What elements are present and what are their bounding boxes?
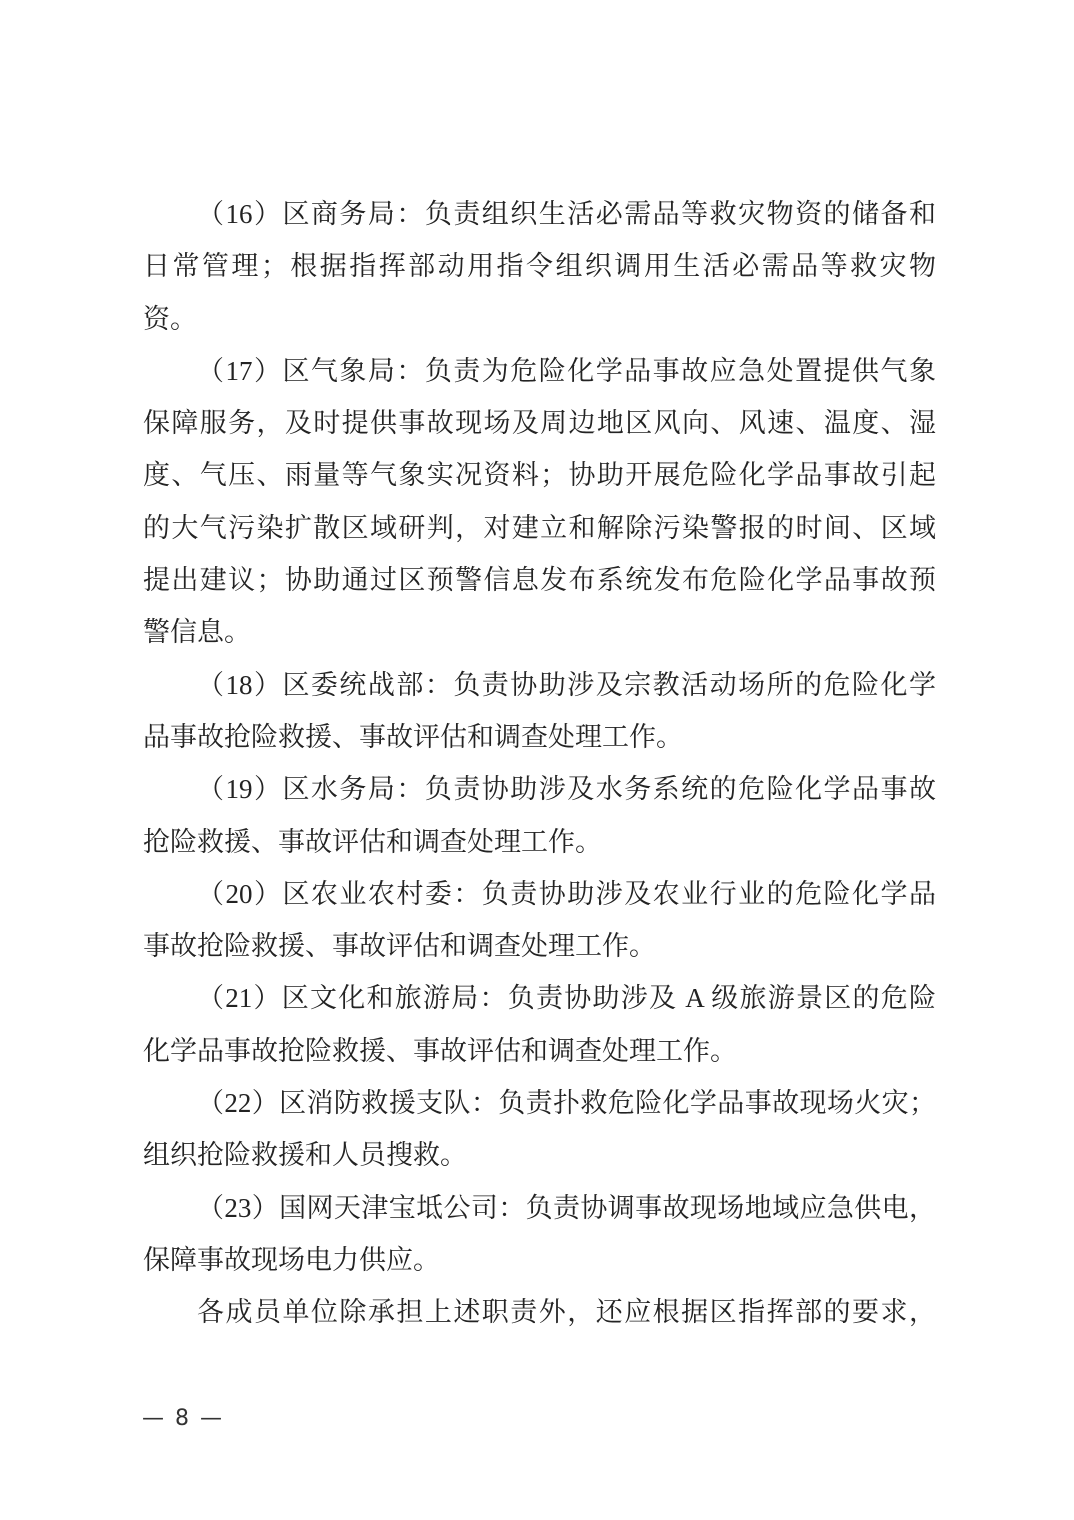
text-line: （16）区商务局：负责组织生活必需品等救灾物资的储备和 — [143, 188, 936, 240]
text-line: （22）区消防救援支队：负责扑救危险化学品事故现场火灾； — [143, 1077, 936, 1129]
text-line: 保障服务，及时提供事故现场及周边地区风向、风速、温度、湿 — [143, 397, 936, 449]
text-line: 的大气污染扩散区域研判，对建立和解除污染警报的时间、区域 — [143, 502, 936, 554]
text-line: 保障事故现场电力供应。 — [143, 1234, 936, 1286]
text-line: 度、气压、雨量等气象实况资料；协助开展危险化学品事故引起 — [143, 449, 936, 501]
text-line: 品事故抢险救援、事故评估和调查处理工作。 — [143, 711, 936, 763]
text-line: 抢险救援、事故评估和调查处理工作。 — [143, 816, 936, 868]
page-number: — 8 — — [142, 1406, 224, 1431]
text-line: （20）区农业农村委：负责协助涉及农业行业的危险化学品 — [143, 868, 936, 920]
text-line: （19）区水务局：负责协助涉及水务系统的危险化学品事故 — [143, 763, 936, 815]
text-line: 事故抢险救援、事故评估和调查处理工作。 — [143, 920, 936, 972]
text-line: 警信息。 — [143, 606, 936, 658]
text-line: （23）国网天津宝坻公司：负责协调事故现场地域应急供电， — [143, 1182, 936, 1234]
document-page: （16）区商务局：负责组织生活必需品等救灾物资的储备和日常管理；根据指挥部动用指… — [0, 0, 1074, 1520]
text-line: （21）区文化和旅游局：负责协助涉及 A 级旅游景区的危险 — [143, 972, 936, 1024]
text-line: （17）区气象局：负责为危险化学品事故应急处置提供气象 — [143, 345, 936, 397]
text-line: 资。 — [143, 293, 936, 345]
document-body: （16）区商务局：负责组织生活必需品等救灾物资的储备和日常管理；根据指挥部动用指… — [143, 188, 936, 1339]
text-line: （18）区委统战部：负责协助涉及宗教活动场所的危险化学 — [143, 659, 936, 711]
text-line: 日常管理；根据指挥部动用指令组织调用生活必需品等救灾物 — [143, 240, 936, 292]
text-line: 提出建议；协助通过区预警信息发布系统发布危险化学品事故预 — [143, 554, 936, 606]
text-line: 各成员单位除承担上述职责外，还应根据区指挥部的要求， — [143, 1286, 936, 1338]
text-line: 组织抢险救援和人员搜救。 — [143, 1129, 936, 1181]
text-line: 化学品事故抢险救援、事故评估和调查处理工作。 — [143, 1025, 936, 1077]
